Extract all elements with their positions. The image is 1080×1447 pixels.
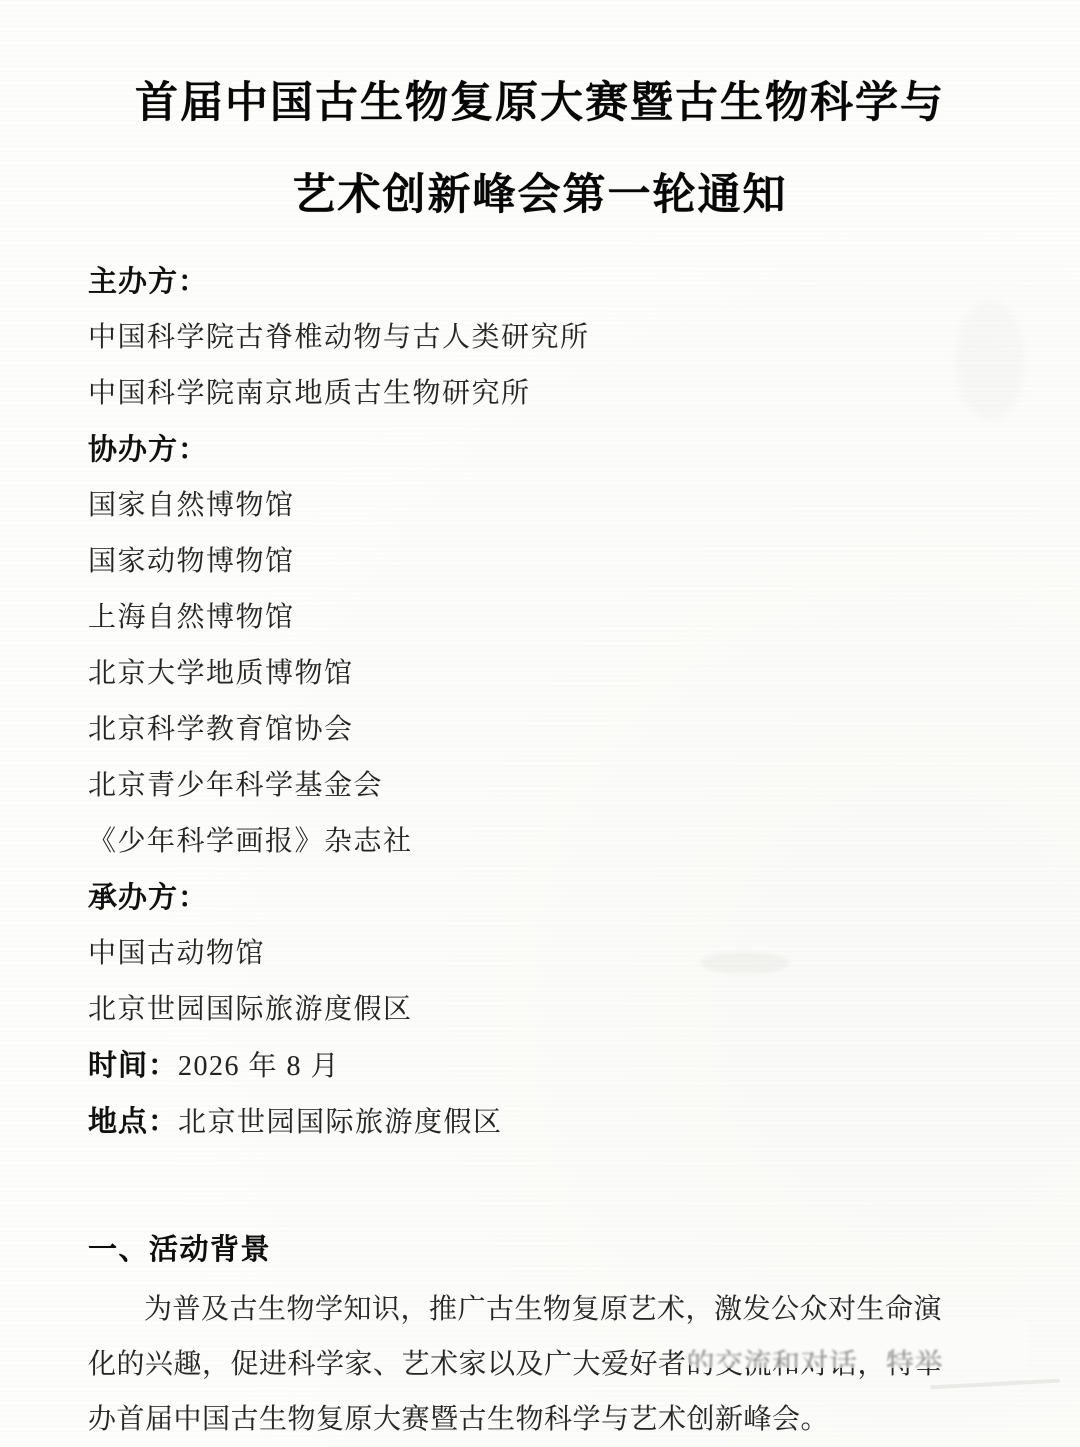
- coorganizer-item: 国家动物博物馆: [88, 534, 1020, 590]
- document-page: 首届中国古生物复原大赛暨古生物科学与 艺术创新峰会第一轮通知 主办方： 中国科学…: [0, 0, 1080, 1447]
- document-title-line-2: 艺术创新峰会第一轮通知: [0, 150, 1080, 242]
- organizer-item: 中国古动物馆: [88, 926, 1020, 982]
- paragraph-line: 办首届中国古生物复原大赛暨古生物科学与艺术创新峰会。: [88, 1392, 1020, 1447]
- paragraph-line: 为普及古生物学知识，推广古生物复原艺术，激发公众对生命演: [88, 1282, 1020, 1337]
- document-title-line-1: 首届中国古生物复原大赛暨古生物科学与: [0, 58, 1080, 150]
- organizer-label: 承办方：: [88, 870, 1020, 926]
- location-value: 北京世园国际旅游度假区: [178, 1107, 503, 1138]
- background-paragraph: 为普及古生物学知识，推广古生物复原艺术，激发公众对生命演 化的兴趣，促进科学家、…: [0, 1282, 1080, 1447]
- paragraph-line: 化的兴趣，促进科学家、艺术家以及广大爱好者的交流和对话，特举: [88, 1337, 1020, 1392]
- document-title: 首届中国古生物复原大赛暨古生物科学与 艺术创新峰会第一轮通知: [0, 0, 1080, 242]
- location-label: 地点：: [88, 1106, 178, 1138]
- host-item: 中国科学院古脊椎动物与古人类研究所: [88, 310, 1020, 366]
- coorganizer-label: 协办方：: [88, 422, 1020, 478]
- coorganizer-item: 上海自然博物馆: [88, 590, 1020, 646]
- coorganizer-item: 北京青少年科学基金会: [88, 758, 1020, 814]
- host-label: 主办方：: [88, 254, 1020, 310]
- coorganizer-item: 北京科学教育馆协会: [88, 702, 1020, 758]
- location-line: 地点：北京世园国际旅游度假区: [88, 1094, 1020, 1150]
- time-label: 时间：: [88, 1050, 178, 1082]
- time-line: 时间：2026 年 8 月: [88, 1038, 1020, 1094]
- coorganizer-item: 北京大学地质博物馆: [88, 646, 1020, 702]
- host-item: 中国科学院南京地质古生物研究所: [88, 366, 1020, 422]
- coorganizer-item: 国家自然博物馆: [88, 478, 1020, 534]
- organizer-item: 北京世园国际旅游度假区: [88, 982, 1020, 1038]
- organizer-info-block: 主办方： 中国科学院古脊椎动物与古人类研究所 中国科学院南京地质古生物研究所 协…: [0, 254, 1080, 1150]
- section-heading-background: 一、活动背景: [0, 1222, 1080, 1278]
- time-value: 2026 年 8 月: [178, 1051, 340, 1082]
- coorganizer-item: 《少年科学画报》杂志社: [88, 814, 1020, 870]
